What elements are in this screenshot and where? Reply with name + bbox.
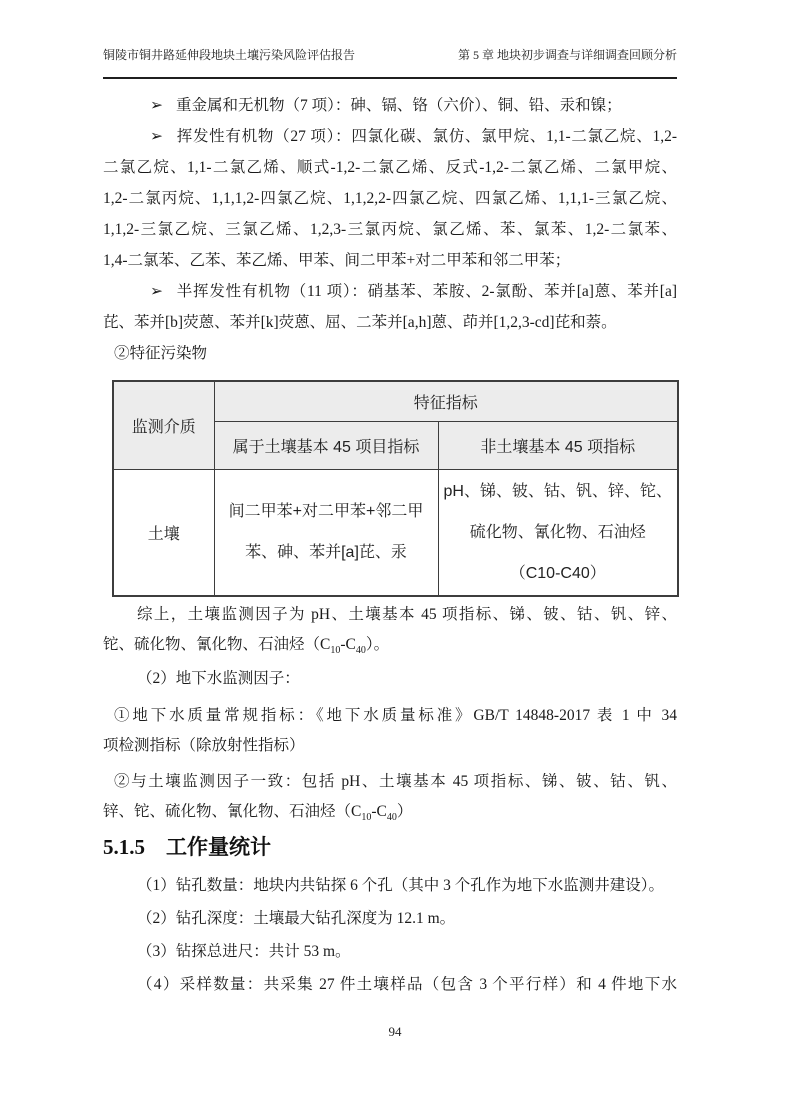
non45-line-1: pH、锑、铍、钴、钒、锌、铊、	[439, 471, 678, 512]
c10-subscript: 10	[330, 645, 340, 656]
section-title: 工作量统计	[166, 835, 271, 859]
groundwater-intro: （2）地下水监测因子：	[103, 664, 677, 694]
section-number: 5.1.5	[103, 835, 145, 859]
table-header-medium: 监测介质	[113, 381, 214, 469]
table-header-non45: 非土壤基本 45 项指标	[438, 421, 678, 469]
table-cell-medium: 土壤	[113, 469, 214, 596]
table-cell-basic45: 间二甲苯+对二甲苯+邻二甲 苯、砷、苯并[a]芘、汞	[214, 469, 438, 596]
workload-statistics-block: （1）钻孔数量：地块内共钻探 6 个孔（其中 3 个孔作为地下水监测井建设）。 …	[103, 869, 677, 1001]
workload-item-2: （2）钻孔深度：土壤最大钻孔深度为 12.1 m。	[103, 902, 677, 935]
heavy-metals-text: 重金属和无机物（7 项）：砷、镉、铬（六价）、铜、铅、汞和镍；	[176, 97, 622, 114]
monitoring-factors-block: ➢重金属和无机物（7 项）：砷、镉、铬（六价）、铜、铅、汞和镍； ➢挥发性有机物…	[103, 90, 677, 369]
vocs-line-3: 1,2-二氯丙烷、1,1,1,2-四氯乙烷、1,1,2,2-四氯乙烷、四氯乙烯、…	[103, 183, 677, 214]
bullet-arrow-icon: ➢	[150, 128, 163, 145]
table-row: 土壤 间二甲苯+对二甲苯+邻二甲 苯、砷、苯并[a]芘、汞 pH、锑、铍、钴、钒…	[113, 469, 678, 596]
gw-item2-line-2-mid: -C	[371, 803, 387, 820]
table-header-basic45: 属于土壤基本 45 项目指标	[214, 421, 438, 469]
summary-line-2-mid: -C	[340, 636, 356, 653]
groundwater-item1-line-1: ①地下水质量常规指标：《地下水质量标准》GB/T 14848-2017 表 1 …	[103, 701, 677, 731]
c40-subscript: 40	[356, 645, 366, 656]
characteristic-pollutants-table: 监测介质 特征指标 属于土壤基本 45 项目指标 非土壤基本 45 项指标 土壤…	[112, 380, 679, 597]
svocs-text-1: 半挥发性有机物（11 项）：硝基苯、苯胺、2-氯酚、苯并[a]蒽、苯并[a]	[176, 283, 677, 300]
vocs-line-4: 1,1,2-三氯乙烷、三氯乙烯、1,2,3-三氯丙烷、氯乙烯、苯、氯苯、1,2-…	[103, 214, 677, 245]
section-heading: 5.1.5工作量统计	[103, 830, 677, 864]
summary-line-2: 铊、硫化物、氰化物、石油烃（C10-C40）。	[103, 630, 677, 660]
vocs-line-5: 1,4-二氯苯、乙苯、苯乙烯、甲苯、间二甲苯+对二甲苯和邻二甲苯；	[103, 245, 677, 276]
running-header-left: 铜陵市铜井路延伸段地块土壤污染风险评估报告	[103, 46, 355, 63]
char-pollutants-label: ②特征污染物	[103, 338, 677, 369]
bullet-arrow-icon: ➢	[150, 283, 163, 300]
heavy-metals-line: ➢重金属和无机物（7 项）：砷、镉、铬（六价）、铜、铅、汞和镍；	[103, 90, 677, 121]
page-number: 94	[0, 1024, 790, 1040]
gw-item2-line-2-pre: 锌、铊、硫化物、氰化物、石油烃（C	[103, 803, 361, 820]
table-cell-non45: pH、锑、铍、钴、钒、锌、铊、 硫化物、氰化物、石油烃 （C10-C40）	[438, 469, 678, 596]
gw-item2-line-2-post: ）	[397, 803, 413, 820]
groundwater-item2-line-1: ②与土壤监测因子一致：包括 pH、土壤基本 45 项指标、锑、铍、钴、钒、	[103, 767, 677, 797]
basic45-line-2: 苯、砷、苯并[a]芘、汞	[215, 532, 438, 573]
workload-item-3: （3）钻探总进尺：共计 53 m。	[103, 935, 677, 968]
running-header: 铜陵市铜井路延伸段地块土壤污染风险评估报告 第 5 章 地块初步调查与详细调查回…	[103, 46, 677, 63]
running-header-right: 第 5 章 地块初步调查与详细调查回顾分析	[458, 46, 677, 63]
summary-line-1: 综上，土壤监测因子为 pH、土壤基本 45 项指标、锑、铍、钴、钒、锌、	[103, 600, 677, 630]
svocs-line-1: ➢半挥发性有机物（11 项）：硝基苯、苯胺、2-氯酚、苯并[a]蒽、苯并[a]	[103, 276, 677, 307]
c10-subscript: 10	[361, 812, 371, 823]
summary-groundwater-block: 综上，土壤监测因子为 pH、土壤基本 45 项指标、锑、铍、钴、钒、锌、 铊、硫…	[103, 600, 677, 827]
summary-line-2-post: ）。	[366, 636, 389, 653]
vocs-line-1: ➢挥发性有机物（27 项）：四氯化碳、氯仿、氯甲烷、1,1-二氯乙烷、1,2-	[103, 121, 677, 152]
vocs-line-2: 二氯乙烷、1,1-二氯乙烯、顺式-1,2-二氯乙烯、反式-1,2-二氯乙烯、二氯…	[103, 152, 677, 183]
workload-item-4: （4）采样数量：共采集 27 件土壤样品（包含 3 个平行样）和 4 件地下水	[103, 968, 677, 1001]
groundwater-item2-line-2: 锌、铊、硫化物、氰化物、石油烃（C10-C40）	[103, 797, 677, 827]
summary-line-2-pre: 铊、硫化物、氰化物、石油烃（C	[103, 636, 330, 653]
basic45-line-1: 间二甲苯+对二甲苯+邻二甲	[215, 491, 438, 532]
svocs-line-2: 芘、苯并[b]荧蒽、苯并[k]荧蒽、屈、二苯并[a,h]蒽、茚并[1,2,3-c…	[103, 307, 677, 338]
c40-subscript: 40	[387, 812, 397, 823]
table-header-feature: 特征指标	[214, 381, 678, 421]
header-rule	[103, 77, 677, 79]
vocs-text-1: 挥发性有机物（27 项）：四氯化碳、氯仿、氯甲烷、1,1-二氯乙烷、1,2-	[176, 128, 677, 145]
non45-line-2: 硫化物、氰化物、石油烃	[439, 512, 678, 553]
document-page: 铜陵市铜井路延伸段地块土壤污染风险评估报告 第 5 章 地块初步调查与详细调查回…	[0, 0, 790, 1119]
workload-item-1: （1）钻孔数量：地块内共钻探 6 个孔（其中 3 个孔作为地下水监测井建设）。	[103, 869, 677, 902]
bullet-arrow-icon: ➢	[150, 97, 163, 114]
non45-line-3: （C10-C40）	[439, 553, 678, 594]
groundwater-item1-line-2: 项检测指标（除放射性指标）	[103, 731, 677, 761]
